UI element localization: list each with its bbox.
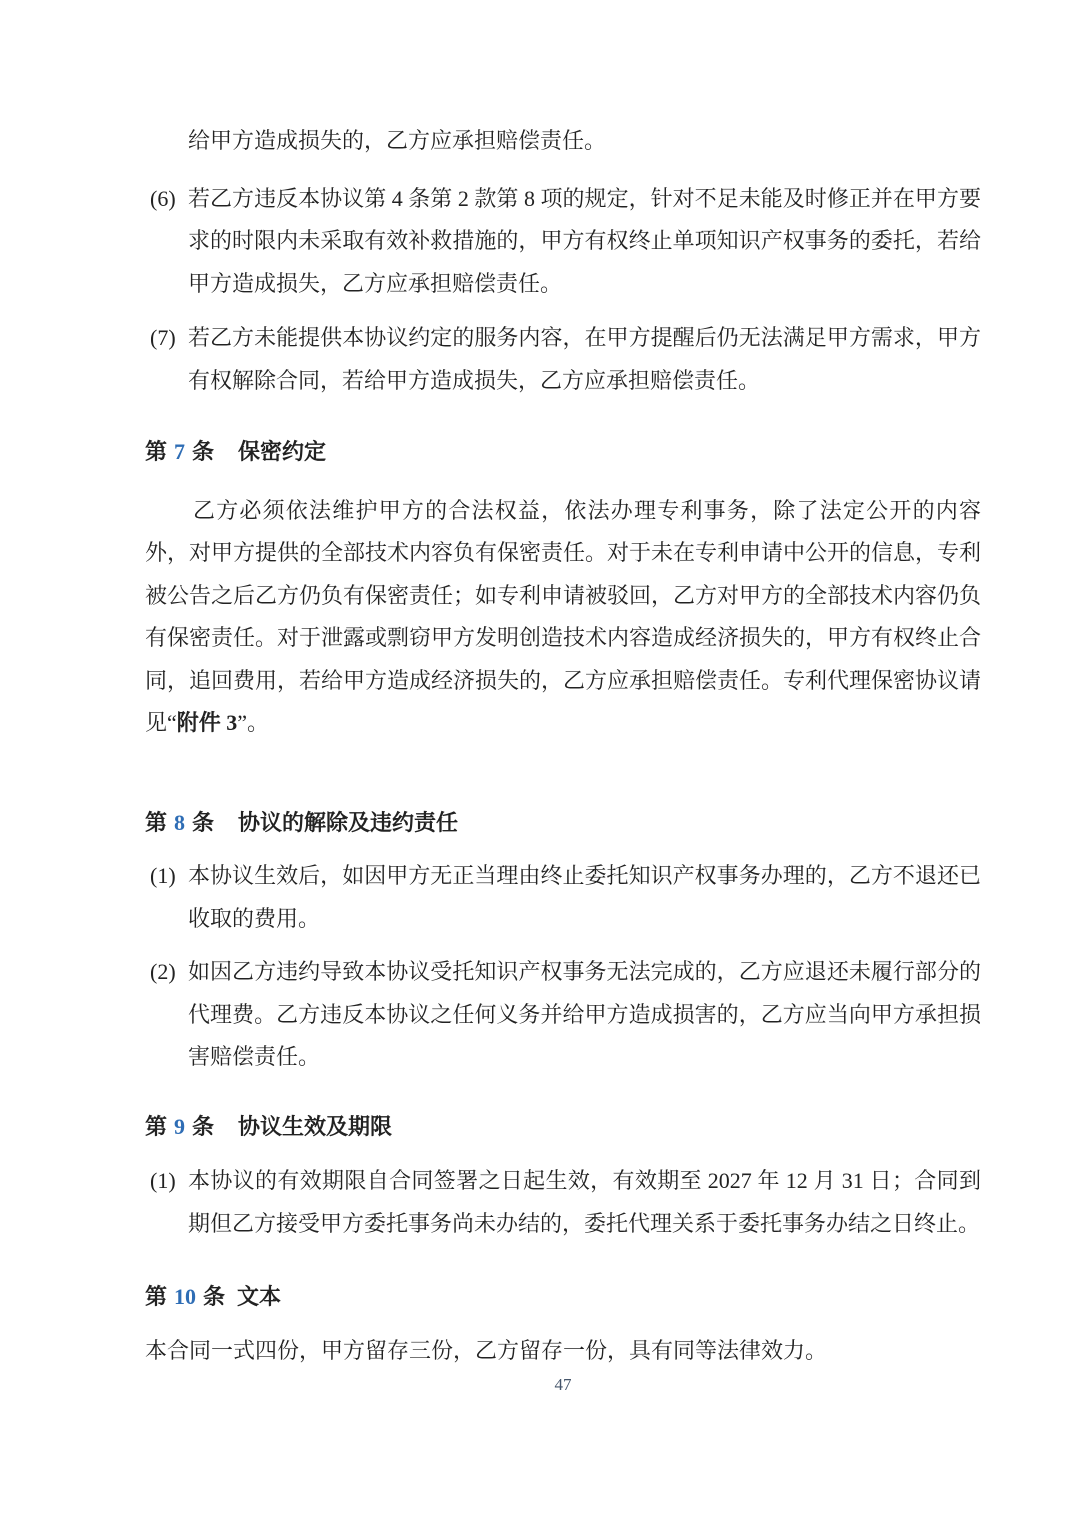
clause-9-heading: 第9条协议生效及期限 <box>145 1106 981 1149</box>
clause-9-item-1: (1) 本协议的有效期限自合同签署之日起生效，有效期至 2027 年 12 月 … <box>145 1160 981 1245</box>
clause-title: 协议生效及期限 <box>238 1114 392 1139</box>
heading-prefix: 第 <box>145 810 167 835</box>
paragraph-tail: ”。 <box>237 710 269 735</box>
text-column: 给甲方造成损失的，乙方应承担赔偿责任。 (6) 若乙方违反本协议第 4 条第 2… <box>145 120 981 1398</box>
heading-suffix: 条 <box>192 810 214 835</box>
clause-8-item-2: (2) 如因乙方违约导致本协议受托知识产权事务无法完成的，乙方应退还未履行部分的… <box>145 951 981 1079</box>
clause-7-heading: 第7条保密约定 <box>145 431 981 474</box>
item-marker: (7) <box>150 317 176 360</box>
clause-5-continuation-line: 给甲方造成损失的，乙方应承担赔偿责任。 <box>145 120 981 163</box>
list-item-6: (6) 若乙方违反本协议第 4 条第 2 款第 8 项的规定，针对不足未能及时修… <box>145 178 981 306</box>
page-number: 47 <box>145 1372 981 1398</box>
item-marker: (1) <box>150 1160 176 1203</box>
clause-title: 文本 <box>237 1284 281 1309</box>
clause-8-heading: 第8条协议的解除及违约责任 <box>145 802 981 845</box>
clause-title: 保密约定 <box>238 439 326 464</box>
clause-number: 7 <box>167 439 192 464</box>
item-text: 本协议生效后，如因甲方无正当理由终止委托知识产权事务办理的，乙方不退还已收取的费… <box>188 863 981 931</box>
document-page: 给甲方造成损失的，乙方应承担赔偿责任。 (6) 若乙方违反本协议第 4 条第 2… <box>0 0 1080 1527</box>
clause-number: 9 <box>167 1114 192 1139</box>
heading-prefix: 第 <box>145 1114 167 1139</box>
item-marker: (2) <box>150 951 176 994</box>
bold-attachment-reference: 附件 3 <box>177 710 238 735</box>
heading-suffix: 条 <box>203 1284 225 1309</box>
clause-10-heading: 第10条文本 <box>145 1276 981 1319</box>
heading-prefix: 第 <box>145 1284 167 1309</box>
heading-suffix: 条 <box>192 439 214 464</box>
list-item-7: (7) 若乙方未能提供本协议约定的服务内容，在甲方提醒后仍无法满足甲方需求，甲方… <box>145 317 981 402</box>
paragraph-text: 乙方必须依法维护甲方的合法权益，依法办理专利事务，除了法定公开的内容外，对甲方提… <box>145 498 981 736</box>
item-marker: (6) <box>150 178 176 221</box>
clause-number: 8 <box>167 810 192 835</box>
item-text: 本协议的有效期限自合同签署之日起生效，有效期至 2027 年 12 月 31 日… <box>188 1168 981 1236</box>
clause-number: 10 <box>167 1284 203 1309</box>
heading-suffix: 条 <box>192 1114 214 1139</box>
item-marker: (1) <box>150 855 176 898</box>
clause-7-paragraph: 乙方必须依法维护甲方的合法权益，依法办理专利事务，除了法定公开的内容外，对甲方提… <box>145 490 981 745</box>
clause-10-paragraph: 本合同一式四份，甲方留存三份，乙方留存一份，具有同等法律效力。 <box>145 1330 981 1373</box>
item-text: 若乙方未能提供本协议约定的服务内容，在甲方提醒后仍无法满足甲方需求，甲方有权解除… <box>188 325 981 393</box>
item-text: 如因乙方违约导致本协议受托知识产权事务无法完成的，乙方应退还未履行部分的代理费。… <box>188 959 981 1069</box>
clause-title: 协议的解除及违约责任 <box>238 810 458 835</box>
item-text: 若乙方违反本协议第 4 条第 2 款第 8 项的规定，针对不足未能及时修正并在甲… <box>188 186 981 296</box>
heading-prefix: 第 <box>145 439 167 464</box>
clause-8-item-1: (1) 本协议生效后，如因甲方无正当理由终止委托知识产权事务办理的，乙方不退还已… <box>145 855 981 940</box>
